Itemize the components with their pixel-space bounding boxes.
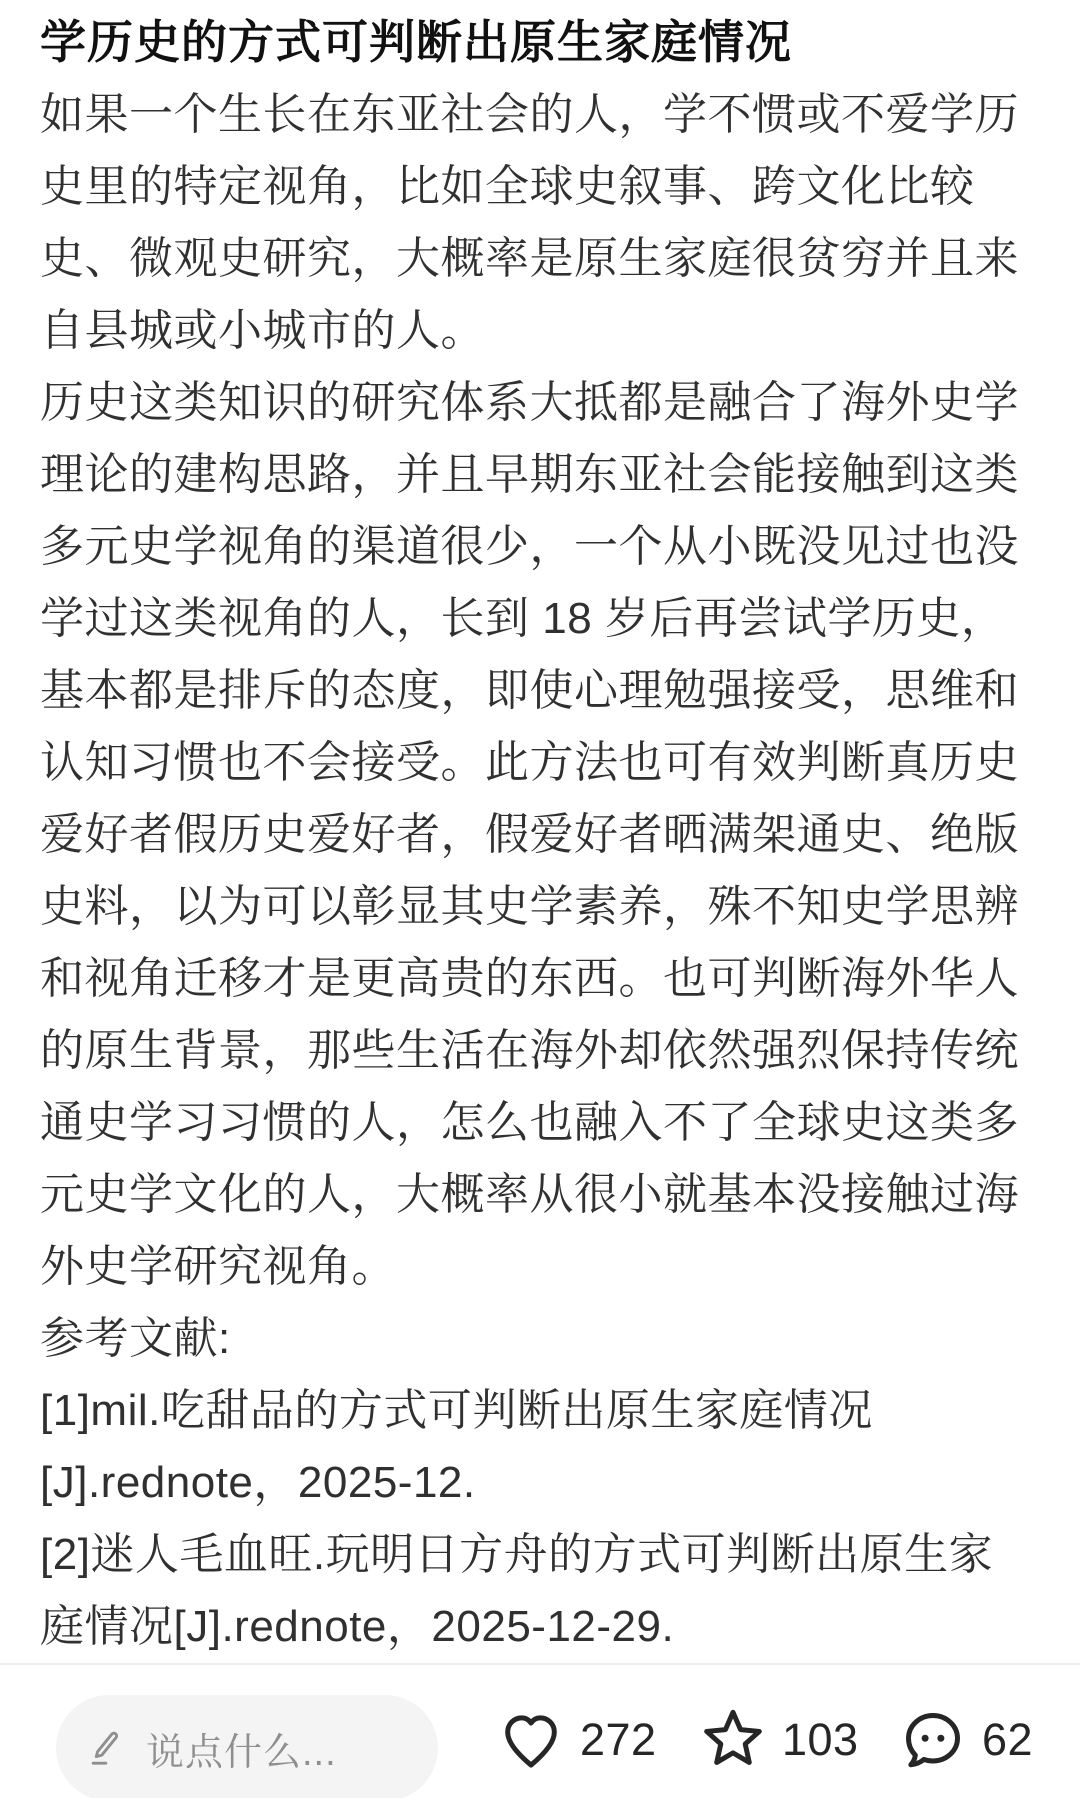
bottom-action-bar: 说点什么... 272 103 62 [0,1663,1080,1798]
body-text-line: 外史学研究视角。 [40,1231,1040,1303]
note-body: 如果一个生长在东亚社会的人，学不惯或不爱学历史里的特定视角，比如全球史叙事、跨文… [40,79,1040,1663]
body-text-line: [J].rednote，2025-12. [40,1447,1040,1519]
body-text-line: [2]迷人毛血旺.玩明日方舟的方式可判断出原生家 [40,1519,1040,1591]
body-text-line: 基本都是排斥的态度，即使心理勉强接受，思维和 [40,655,1040,727]
body-text-line: 学过这类视角的人，长到 18 岁后再尝试学历史， [40,583,1040,655]
note-title: 学历史的方式可判断出原生家庭情况 [40,12,1040,72]
body-text-line: 历史这类知识的研究体系大抵都是融合了海外史学 [40,367,1040,439]
like-button[interactable]: 272 [496,1705,657,1775]
heart-icon [496,1705,566,1775]
body-text-line: 通史学习习惯的人，怎么也融入不了全球史这类多 [40,1087,1040,1159]
body-text-line: 元史学文化的人，大概率从很小就基本没接触过海 [40,1159,1040,1231]
like-count: 272 [580,1714,657,1766]
body-text-line: [1]mil.吃甜品的方式可判断出原生家庭情况 [40,1375,1040,1447]
body-text-line: 认知习惯也不会接受。此方法也可有效判断真历史 [40,727,1040,799]
collect-button[interactable]: 103 [698,1705,859,1775]
speech-bubble-icon [898,1705,968,1775]
body-text-line: 史料，以为可以彰显其史学素养，殊不知史学思辨 [40,871,1040,943]
body-text-line: 史、微观史研究，大概率是原生家庭很贫穷并且来 [40,223,1040,295]
body-text-line: 庭情况[J].rednote，2025-12-29. [40,1591,1040,1663]
body-text-line: 多元史学视角的渠道很少，一个从小既没见过也没 [40,511,1040,583]
note-content: 学历史的方式可判断出原生家庭情况 如果一个生长在东亚社会的人，学不惯或不爱学历史… [40,12,1040,1663]
body-text-line: 爱好者假历史爱好者，假爱好者晒满架通史、绝版 [40,799,1040,871]
body-text-line: 和视角迁移才是更高贵的东西。也可判断海外华人 [40,943,1040,1015]
comment-button[interactable]: 62 [898,1705,1033,1775]
body-text-line: 史里的特定视角，比如全球史叙事、跨文化比较 [40,151,1040,223]
body-text-line: 自县城或小城市的人。 [40,295,1040,367]
star-icon [698,1705,768,1775]
comment-placeholder: 说点什么... [146,1721,337,1776]
note-page: 学历史的方式可判断出原生家庭情况 如果一个生长在东亚社会的人，学不惯或不爱学历史… [0,0,1080,1798]
collect-count: 103 [782,1714,859,1766]
body-text-line: 参考文献: [40,1303,1040,1375]
comment-count: 62 [982,1714,1033,1766]
comment-input[interactable]: 说点什么... [56,1695,438,1798]
body-text-line: 如果一个生长在东亚社会的人，学不惯或不爱学历 [40,79,1040,151]
body-text-line: 理论的建构思路，并且早期东亚社会能接触到这类 [40,439,1040,511]
pencil-icon [84,1725,130,1771]
body-text-line: 的原生背景，那些生活在海外却依然强烈保持传统 [40,1015,1040,1087]
